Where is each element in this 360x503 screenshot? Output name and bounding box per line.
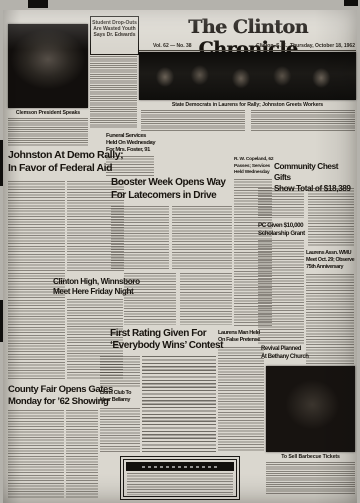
greeked-body-text [111,206,169,270]
greeked-caption-text [251,110,355,132]
headline-line: County Fair Opens Gates [8,384,130,396]
headline-line: Meet Here Friday Night [53,287,145,297]
headline-line: Clinton High, Winnsboro [53,277,145,287]
headline-clinton-high-winnsboro: Clinton High, Winnsboro Meet Here Friday… [53,277,145,297]
headline-pc-scholarship-grant: PC Given $10,000 Scholarship Grant [258,222,322,237]
headline-line: Revival Planned [261,346,319,354]
greeked-body-text [218,347,264,452]
headline-copeland-passes: R. W. Copeland, 62 Passes; Services Held… [234,157,276,177]
headline-laurens-wmu: Laurens Assn. WMU Meet Oct. 29; Observe … [306,250,356,271]
headline-line: Monday for ’62 Showing [8,396,130,408]
headline-line: R. W. Copeland, 62 [234,157,276,164]
notice-box-header-bar [126,462,234,471]
headline-line: On False Pretense [218,337,268,344]
greeked-body-text [100,408,140,452]
headline-line: Held Wednesday [234,170,276,177]
greeked-body-text [180,273,232,325]
headline-line: For Latecomers in Drive [111,190,235,203]
greeked-caption-text [141,110,245,132]
greeked-caption-text [266,462,355,494]
headline-line: Community Chest Gifts [274,161,356,183]
newspaper-front-page: Student Drop-Outs Are Wasted Youth Says … [0,0,360,503]
greeked-body-text [258,240,304,344]
scan-artifact [344,0,358,6]
photo-caption: State Democrats in Laurens for Rally; Jo… [139,102,356,108]
photo-democrats-rally [139,52,356,100]
photo-barbecue-tickets [266,366,355,452]
photo-clemson-president [8,24,88,108]
dateline: Clinton, S. C., Thursday, October 18, 19… [243,43,355,49]
volume-number: Vol. 62 — No. 38 [153,43,243,49]
headline-line: 75th Anniversary [306,264,356,271]
scan-artifact [28,0,48,8]
greeked-body-text [127,473,233,495]
bulletin-line: Says Dr. Edwards [91,32,138,38]
bulletin-box-student-dropouts: Student Drop-Outs Are Wasted Youth Says … [90,16,139,55]
greeked-body-text [8,410,64,498]
headline-line: Johnston At Demo Rally; [8,149,132,162]
photo-caption: To Sell Barbecue Tickets [266,454,355,460]
headline-booster-week: Booster Week Opens Way For Latecomers in… [111,177,235,202]
greeked-body-text [66,410,98,498]
headline-line: Funeral Services [106,133,156,140]
greeked-caption-text [8,118,88,146]
headline-line: Laurens Man Held [218,330,268,337]
greeked-body-text [308,188,354,246]
headline-line: Booster Week Opens Way [111,177,235,190]
newspaper-page: Student Drop-Outs Are Wasted Youth Says … [3,10,357,503]
headline-revival-bethany: Revival Planned At Bethany Church [261,346,319,361]
headline-johnston-rally: Johnston At Demo Rally; In Favor of Fede… [8,149,132,175]
headline-line: Held On Wednesday [106,140,156,147]
greeked-ratings-list [142,356,216,452]
headline-line: At Bethany Church [261,354,319,362]
headline-line: In Favor of Federal Aid [8,162,132,175]
headline-county-fair: County Fair Opens Gates Monday for ’62 S… [8,384,130,407]
headline-line: Scholarship Grant [258,230,322,238]
notice-box [120,456,240,500]
notice-box-inner-border [123,459,237,497]
photo-caption: Clemson President Speaks [8,110,88,116]
greeked-body-text [172,206,232,270]
headline-line: Laurens Assn. WMU [306,250,356,257]
headline-line: Meet Oct. 29; Observe [306,257,356,264]
headline-line: PC Given $10,000 [258,222,322,230]
headline-false-pretense: Laurens Man Held On False Pretense [218,330,268,344]
greeked-body-text [90,54,137,128]
masthead-rule [139,50,356,51]
greeked-body-text [258,188,304,218]
